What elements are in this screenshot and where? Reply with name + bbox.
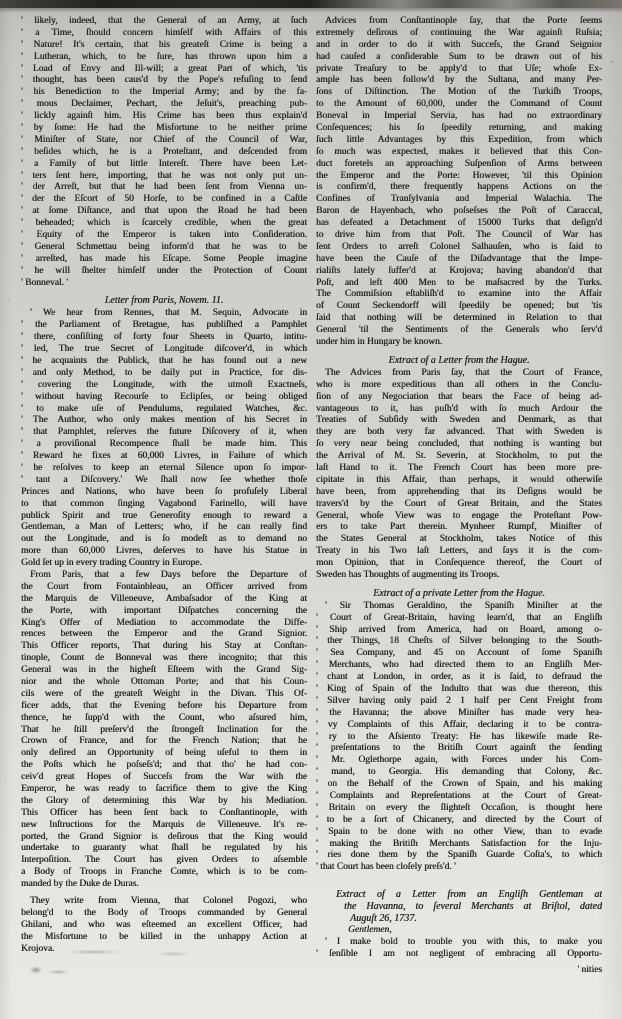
text-line: ficer adds, that the Evening before his … xyxy=(21,701,307,713)
text-line: ' making the Britiſh Merchants Satisfact… xyxy=(316,839,602,851)
text-line: ' Sea Company, and 45 on Account of ſome… xyxy=(316,648,602,660)
scan-edge-shadow xyxy=(0,8,622,13)
text-line: more than 60,000 Livres, deſerves to hav… xyxy=(21,546,307,558)
text-line: ' on the Behalf of the Crown of Spain, a… xyxy=(316,779,602,791)
text-line: ' that Court has been cloſely preſs'd. ' xyxy=(316,862,602,874)
salutation: Gentlemen, xyxy=(316,925,602,937)
paragraph: From Paris, that a few Days before the D… xyxy=(21,570,307,891)
text-line: ' ſenſible I am not negligent of embraci… xyxy=(316,949,602,961)
text-line: ' mous Declaimer, Pechart, the Jeſuit's,… xyxy=(21,99,307,111)
text-line: have been, from apprehending that its De… xyxy=(316,487,602,499)
text-line: of Count Seckendorff will ſpeedily be op… xyxy=(316,301,602,313)
text-line: ' a Family of but little Intereſt. There… xyxy=(21,159,307,171)
text-line: Auguſt 26, 1737. xyxy=(316,913,602,925)
text-line: the Havanna, to ſeveral Merchants at Bri… xyxy=(316,901,602,913)
text-line: ported, the Grand Signior is deſirous th… xyxy=(21,832,307,844)
text-line: ' he acquaints the Publick, that he has … xyxy=(21,356,307,368)
text-line: ſion of any Negociation that bears the F… xyxy=(316,392,602,404)
text-line: extremely deſirous of continuing the War… xyxy=(316,28,602,40)
text-column-right: Advices from Conſtantinople ſay, that th… xyxy=(316,16,602,976)
text-line: rialiſts lately ſuffer'd at Krojova; hav… xyxy=(316,266,602,278)
text-line: ' nities xyxy=(316,965,602,977)
text-line: to drive him from that Poſt. The Council… xyxy=(316,230,602,242)
text-line: vantageous to it, has puſh'd with ſo muc… xyxy=(316,404,602,416)
text-line: ' Spain to be done with no other View, t… xyxy=(316,827,602,839)
text-line: Advices from Conſtantinople ſay, that th… xyxy=(316,16,602,28)
text-line: That he ſtill preſerv'd the ſtrongeſt In… xyxy=(21,725,307,737)
text-line: ' vy Complaints of this Affair, declarin… xyxy=(316,720,602,732)
text-line: ' Complaints and Repreſentations at the … xyxy=(316,791,602,803)
text-line: ' that Pamphlet, reſerves the future Diſ… xyxy=(21,427,307,439)
text-line: ' ries done them by the Spaniſh Guarde C… xyxy=(316,850,602,862)
text-line: ' without having Recourſe to Eclipſes, o… xyxy=(21,392,307,404)
text-line: Crown of France, and for the French Nati… xyxy=(21,736,307,748)
text-line: Gentlemen, xyxy=(316,925,602,937)
text-line: ' he will ſhelter himſelf under the Prot… xyxy=(21,266,307,278)
text-line: ' chant at London, in order, as it is ſa… xyxy=(316,672,602,684)
text-line: Extract of a Letter from an Engliſh Gent… xyxy=(316,889,602,901)
text-line: the Poſts which he poſseſs'd; and that t… xyxy=(21,760,307,772)
text-line: This Officer reports, That during his St… xyxy=(21,641,307,653)
text-line: ' preſentations to the Britiſh Court aga… xyxy=(316,743,602,755)
text-line: ' Bonneval. ' xyxy=(21,278,307,290)
text-line: ' the Parliament of Bretagne, has publiſ… xyxy=(21,320,307,332)
text-line: ' led, The true Secret of Longitude diſc… xyxy=(21,344,307,356)
text-line: ' beſides which, he is a Proteſtant, and… xyxy=(21,147,307,159)
text-line: only deſired an Opportunity of being uſe… xyxy=(21,748,307,760)
text-line: They write from Vienna, that Colonel Pog… xyxy=(21,896,307,908)
text-line: The Commiſsion eſtabliſh'd to examine in… xyxy=(316,289,602,301)
paragraph: ' We hear from Rennes, that M. Sequin, A… xyxy=(21,308,307,570)
paragraph: ' Sir Thomas Geraldino, the Spaniſh Mini… xyxy=(316,601,602,874)
text-line: who is more expeditious than all others … xyxy=(316,380,602,392)
text-line: ' Lutheran, which, to be ſure, has throw… xyxy=(21,52,307,64)
text-line: nior and the whole Ottoman Porte; and th… xyxy=(21,677,307,689)
text-line: cils were of the greateſt Weight in the … xyxy=(21,689,307,701)
section-heading: Extract of a Letter from the Hague. xyxy=(316,355,602,367)
text-line: ' ther Things, 18 Cheſts of Silver belon… xyxy=(316,636,602,648)
text-line: has defeated a Detachment of 15000 Turks… xyxy=(316,218,602,230)
catchword: ' nities xyxy=(316,965,602,977)
paragraph: ' likely, indeed, that the General of an… xyxy=(21,16,307,289)
text-line: ' mand, to Georgia. His demanding that C… xyxy=(316,767,602,779)
text-line: ceiv'd great Hopes of Succeſs from the W… xyxy=(21,772,307,784)
text-line: ſons of Diſtinction. The Motion of the T… xyxy=(316,87,602,99)
text-line: ' thought, has been caus'd by the Pope's… xyxy=(21,75,307,87)
text-line: ' King of Spain of the Indulto that was … xyxy=(316,684,602,696)
text-line: ' there, conſiſting of forty four Sheets… xyxy=(21,332,307,344)
text-line: ' Silver having only paid 2 1 half per C… xyxy=(316,696,602,708)
text-line: ' The Author, who only makes mention of … xyxy=(21,415,307,427)
text-line: publick Spirit and true Generoſity enoug… xyxy=(21,511,307,523)
text-line: ' the Havanna; the above Miniſter has ma… xyxy=(316,708,602,720)
paragraph: Advices from Conſtantinople ſay, that th… xyxy=(316,16,602,349)
text-line: Ghilani, and who was eſteemed an excelle… xyxy=(21,920,307,932)
text-column-left: ' likely, indeed, that the General of an… xyxy=(21,16,307,955)
text-line: ' I make bold to trouble you with this, … xyxy=(316,937,602,949)
text-line: ' We hear from Rennes, that M. Sequin, A… xyxy=(21,308,307,320)
text-line: the Court from Fontainbleau, an Officer … xyxy=(21,582,307,594)
text-line: ' a Time, ſhould concern himſelf with Af… xyxy=(21,28,307,40)
text-line: ' covering the Longitude, with the utmoſ… xyxy=(21,380,307,392)
text-line: Sweden has Thoughts of augmenting its Tr… xyxy=(316,570,602,582)
text-line: ' Miniſter of State, nor Chief of the Co… xyxy=(21,135,307,147)
scan-edge-band xyxy=(0,0,622,8)
text-line: ' Court of Great-Britain, having learn'd… xyxy=(316,613,602,625)
text-line: tinople, Count de Bonneval was there inc… xyxy=(21,653,307,665)
text-line: ' Britain on every the ſlighteſt Occaſio… xyxy=(316,803,602,815)
paragraph: The Advices from Paris ſay, that the Cou… xyxy=(316,368,602,582)
text-line: Gold ſet up in every trading Country in … xyxy=(21,558,307,570)
text-line: ſo very near being concluded, that nothi… xyxy=(316,439,602,451)
text-line: ' tant a Diſcovery.' We ſhall now ſee wh… xyxy=(21,475,307,487)
text-line: the States General at Stockholm, takes N… xyxy=(316,534,602,546)
text-line: ' der Arreſt, but that he had been ſent … xyxy=(21,182,307,194)
text-line: ' Nature! It's certain, that his greateſ… xyxy=(21,40,307,52)
text-line: ' General Schmettau being inform'd that … xyxy=(21,242,307,254)
text-line: travers'd by the Court of Great Britain,… xyxy=(316,499,602,511)
text-line: Gentleman, a Man of Letters; who, if he … xyxy=(21,522,307,534)
text-line: This Officer has been ſent back to Conſt… xyxy=(21,808,307,820)
text-line: General, whoſe View was to engage the Pr… xyxy=(316,511,602,523)
text-line: ' he reſolves to keep an eternal Silence… xyxy=(21,463,307,475)
text-line: out the Longitude, and is ſo modeſt as t… xyxy=(21,534,307,546)
text-line: ' ry to the Aſsiento Treaty: He has like… xyxy=(316,732,602,744)
text-line: ' Merchants, who had directed them to an… xyxy=(316,660,602,672)
text-line: ' a proviſional Recompence ſhall be made… xyxy=(21,439,307,451)
text-line: had cauſed a conſiderable Sum to be draw… xyxy=(316,52,602,64)
text-line: ' at ſome Diſtance, and that upon the Ro… xyxy=(21,206,307,218)
text-line: private Treaſury to be apply'd to that U… xyxy=(316,64,602,76)
text-line: they are both very far advanced. That wi… xyxy=(316,427,602,439)
text-line: belong'd to the Body of Troops commanded… xyxy=(21,908,307,920)
text-line: Boneval in Imperial Servia, has had no e… xyxy=(316,111,602,123)
text-line: ' der the Eſcort of 50 Horſe, to be conf… xyxy=(21,194,307,206)
text-line: to the Amount of 60,000, under the Comma… xyxy=(316,99,602,111)
text-line: the Marquis de Villeneuve, Ambaſsador of… xyxy=(21,594,307,606)
text-line: ' Load of Envy and Ill-will; a great Par… xyxy=(21,64,307,76)
text-line: ſent Orders to arreſt Colonel Salhauſen,… xyxy=(316,242,602,254)
text-line: the Emperor and the Porte: However, 'til… xyxy=(316,171,602,183)
text-line: the Porte, with important Diſpatches con… xyxy=(21,606,307,618)
text-line: ſuch little Advantages by this Expeditio… xyxy=(316,135,602,147)
text-line: the Glory of determining this War by his… xyxy=(21,796,307,808)
text-line: the Misfortune to be killed in the unhap… xyxy=(21,932,307,944)
text-line: ' Ship arrived from America, had on Boar… xyxy=(316,625,602,637)
text-line: ' Sir Thomas Geraldino, the Spaniſh Mini… xyxy=(316,601,602,613)
letter-heading: Extract of a Letter from an Engliſh Gent… xyxy=(316,889,602,925)
text-line: a Body of Troops in Franche Comte, which… xyxy=(21,867,307,879)
text-line: ' to make uſe of Pendulums, regulated Wa… xyxy=(21,404,307,416)
text-line: Interpoſition. The Court has given Order… xyxy=(21,855,307,867)
text-line: King's Offer of Mediation to accommodate… xyxy=(21,618,307,630)
text-line: From Paris, that a few Days before the D… xyxy=(21,570,307,582)
text-line: have been the Cauſe of the Diſadvantage … xyxy=(316,254,602,266)
text-line: Krojova. xyxy=(21,944,307,956)
text-line: manded by the Duke de Duras. xyxy=(21,879,307,891)
text-line: thence, he ſupp'd with the Count, who aſ… xyxy=(21,713,307,725)
text-line: duct foretels an approaching Suſpenſion … xyxy=(316,159,602,171)
text-line: Conſequences; his ſo ſpeedily returning,… xyxy=(316,123,602,135)
paragraph: ' I make bold to trouble you with this, … xyxy=(316,937,602,961)
text-line: is confirm'd, there frequently happens A… xyxy=(316,182,602,194)
text-line: to that common ſinging Vagabond Farinell… xyxy=(21,499,307,511)
section-heading: Extract of a private Letter from the Hag… xyxy=(316,588,602,600)
text-line: ample has been follow'd by the Sultana, … xyxy=(316,75,602,87)
text-line: under him in Hungary be known. xyxy=(316,337,602,349)
text-line: ' arreſted, has made his Eſcape. Some Pe… xyxy=(21,254,307,266)
text-line: ' to be a ſort of Chicanery, and directe… xyxy=(316,815,602,827)
text-line: ' and only Method, to be daily put in Pr… xyxy=(21,368,307,380)
text-line: Emperor, he was ready to ſacrifice them … xyxy=(21,784,307,796)
text-line: Baron de Hayenbach, who poſseſses the Po… xyxy=(316,206,602,218)
text-line: rences between the Emperor and the Grand… xyxy=(21,629,307,641)
text-line: Princes and Nations, who have been ſo pr… xyxy=(21,487,307,499)
text-line: ' likely, indeed, that the General of an… xyxy=(21,16,307,28)
text-line: ' Equity of the Emperor is taken into Co… xyxy=(21,230,307,242)
text-line: laſt Hand to it. The French Court has be… xyxy=(316,463,602,475)
text-line: ' beheaded; which is ſcarcely credible, … xyxy=(21,218,307,230)
text-line: the Arrival of M. St. Severin, at Stockh… xyxy=(316,451,602,463)
text-line: Extract of a private Letter from the Hag… xyxy=(316,588,602,600)
text-line: The Advices from Paris ſay, that the Cou… xyxy=(316,368,602,380)
text-line: ' Mr. Oglethorpe again, with Forces unde… xyxy=(316,755,602,767)
text-line: General was in the higheſt Eſteem with t… xyxy=(21,665,307,677)
text-line: mon Opinion, that in Conſequence thereof… xyxy=(316,558,602,570)
text-line: Letter from Paris, Novem. 11. xyxy=(21,295,307,307)
text-line: Treaties of Subſidy with Sweden and Denm… xyxy=(316,415,602,427)
text-line: and in order to do it with Succeſs, the … xyxy=(316,40,602,52)
text-line: Extract of a Letter from the Hague. xyxy=(316,355,602,367)
text-line: ſo much was expected, makes it believed … xyxy=(316,147,602,159)
text-line: General 'til the Sentiments of the Gener… xyxy=(316,325,602,337)
text-line: ' by ſome: He had the Misfortune to be n… xyxy=(21,123,307,135)
text-line: ' ters ſent here, importing, that he was… xyxy=(21,171,307,183)
text-line: ' lickly againſt him. His Crime has been… xyxy=(21,111,307,123)
text-line: ers to take Part therein. Mynheer Rumpf,… xyxy=(316,522,602,534)
text-line: Treaty in his Two laſt Letters, and ſays… xyxy=(316,546,602,558)
text-line: ſaid that nothing will be determined in … xyxy=(316,313,602,325)
paragraph: They write from Vienna, that Colonel Pog… xyxy=(21,896,307,955)
text-line: Confines of Tranſylvania and Imperial Wa… xyxy=(316,194,602,206)
text-line: new Inſtructions for the Marquis de Vill… xyxy=(21,820,307,832)
newspaper-page: ' likely, indeed, that the General of an… xyxy=(0,0,622,1019)
text-line: undertake to guaranty what ſhall be regu… xyxy=(21,843,307,855)
text-line: ' his Benediction to the Imperial Army; … xyxy=(21,87,307,99)
text-line: ' Reward he fixes at 60,000 Livres, in F… xyxy=(21,451,307,463)
section-heading: Letter from Paris, Novem. 11. xyxy=(21,295,307,307)
text-line: Poſt, and left 400 Men to be maſsacred b… xyxy=(316,278,602,290)
text-line: cipitate in this Affair, than perhaps, i… xyxy=(316,475,602,487)
